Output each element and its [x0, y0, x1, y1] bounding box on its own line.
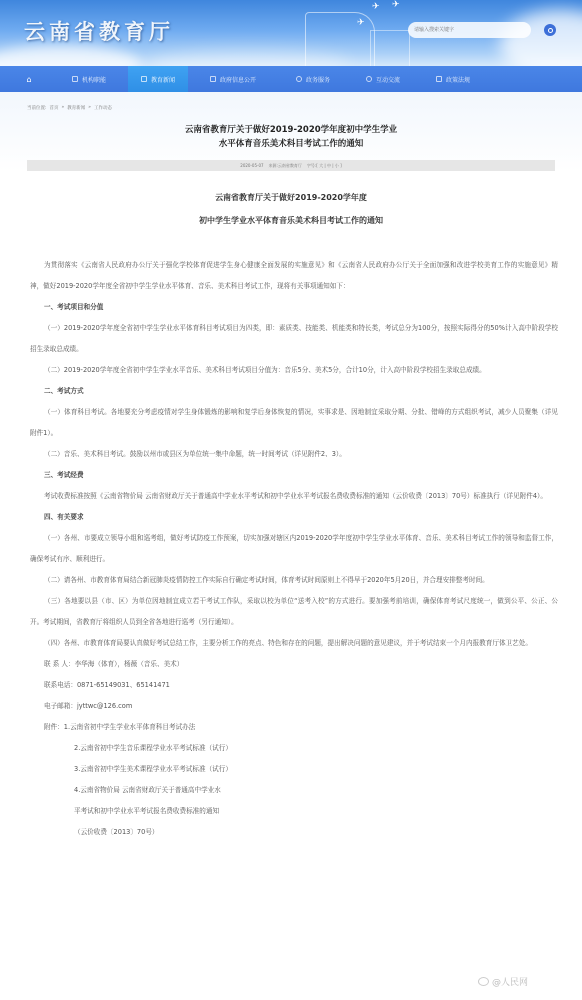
publish-date: 2020-05-07 — [240, 160, 263, 171]
paragraph: （二）2019-2020学年度全省初中学生学业水平音乐、美术科目考试项目分值为：… — [30, 360, 558, 381]
section-heading: 二、考试方式 — [30, 381, 558, 402]
site-title[interactable]: 云南省教育厅 — [24, 16, 174, 46]
breadcrumb-separator: » — [62, 105, 65, 111]
nav-item-policy[interactable]: 政策法规 — [418, 66, 488, 92]
breadcrumb-prefix: 当前位置: — [27, 105, 47, 111]
attachment-link-continued[interactable]: （云价收费〔2013〕70号） — [30, 822, 558, 843]
attachment-link[interactable]: 4.云南省物价局 云南省财政厅关于普通高中学业水 — [30, 780, 558, 801]
paragraph: （三）各地要以县（市、区）为单位因地制宜成立若干考试工作队，采取以校为单位“送考… — [30, 591, 558, 633]
nav-item-info[interactable]: 政府信息公开 — [188, 66, 278, 92]
contact-email[interactable]: 电子邮箱：jyttwc@126.com — [30, 696, 558, 717]
document-title-line2: 初中学生学业水平体育音乐美术科目考试工作的通知 — [0, 215, 582, 226]
search-button[interactable] — [544, 24, 556, 36]
source-label: 来源: — [269, 163, 278, 168]
document-body: 为贯彻落实《云南省人民政府办公厅关于强化学校体育促进学生身心健康全面发展的实施意… — [30, 255, 558, 843]
nav-item-chat[interactable]: 互动交流 — [348, 66, 418, 92]
section-heading: 三、考试经费 — [30, 465, 558, 486]
service-icon — [296, 76, 302, 82]
cloud-decoration — [0, 45, 140, 66]
chat-icon — [366, 76, 372, 82]
attachments-label: 附件： — [44, 723, 64, 731]
nav-item-service[interactable]: 政务服务 — [278, 66, 348, 92]
watermark-text: @人民网 — [492, 975, 528, 988]
source-value: 云南省教育厅 — [278, 163, 302, 168]
document-title-line1: 云南省教育厅关于做好2019-2020学年度 — [0, 192, 582, 203]
breadcrumb: 当前位置: 首页 » 教育新闻 » 工作动态 — [27, 105, 112, 111]
nav-label: 政务服务 — [306, 75, 330, 84]
article-title-line1: 云南省教育厅关于做好2019-2020学年度初中学生学业 — [0, 124, 582, 137]
paragraph: 考试收费标准按照《云南省物价局 云南省财政厅关于普通高中学业水平考试和初中学业水… — [30, 486, 558, 507]
paragraph: （四）各州、市教育体育局要认真做好考试总结工作，主要分析工作的亮点、特色和存在的… — [30, 633, 558, 654]
search-icon — [548, 28, 553, 33]
nav-item-home[interactable]: ⌂ — [8, 66, 50, 92]
attachment-row: 附件：1.云南省初中学生学业水平体育科目考试办法 — [30, 717, 558, 738]
bird-icon: ✈ — [372, 2, 380, 12]
breadcrumb-home[interactable]: 首页 — [50, 105, 59, 111]
paragraph: （一）各州、市要成立领导小组和巡考组，做好考试防疫工作预案，切实加强对辖区内20… — [30, 528, 558, 570]
nav-label: 互动交流 — [376, 75, 400, 84]
contact-person: 联 系 人：李华海（体育），杨薇（音乐、美术） — [30, 654, 558, 675]
fontsize-label: 字号: — [307, 163, 316, 168]
paragraph: （二）音乐、美术科目考试。鼓励以州市或县区为单位统一集中命题，统一时间考试（详见… — [30, 444, 558, 465]
paragraph: （二）请各州、市教育体育局结合新冠肺炎疫情防控工作实际自行确定考试时间，体育考试… — [30, 570, 558, 591]
nav-label: 政府信息公开 — [220, 75, 256, 84]
building-illustration — [370, 30, 410, 66]
policy-icon — [436, 76, 442, 82]
contact-phone: 联系电话：0871-65149031、65141471 — [30, 675, 558, 696]
paragraph: （一）体育科目考试。各地要充分考虑疫情对学生身体锻炼的影响和复学后身体恢复的情况… — [30, 402, 558, 444]
nav-label: 教育新闻 — [151, 75, 175, 84]
info-icon — [210, 76, 216, 82]
cloud-decoration — [500, 10, 582, 66]
watermark: @人民网 — [478, 975, 528, 988]
article-meta: 2020-05-07 来源:云南省教育厅 字号:[ 大 | 中 | 小 ] — [27, 160, 555, 171]
article-title-line2: 水平体育音乐美术科目考试工作的通知 — [0, 138, 582, 151]
section-heading: 四、有关要求 — [30, 507, 558, 528]
intro-paragraph: 为贯彻落实《云南省人民政府办公厅关于强化学校体育促进学生身心健康全面发展的实施意… — [30, 255, 558, 297]
breadcrumb-current[interactable]: 工作动态 — [94, 105, 112, 111]
attachment-link[interactable]: 2.云南省初中学生音乐课程学业水平考试标准（试行） — [30, 738, 558, 759]
nav-label: 机构职能 — [82, 75, 106, 84]
paragraph: （一）2019-2020学年度全省初中学生学业水平体育科目考试项目为四类，即：素… — [30, 318, 558, 360]
home-icon: ⌂ — [26, 75, 31, 84]
breadcrumb-separator: » — [88, 105, 91, 111]
attachment-link[interactable]: 1.云南省初中学生学业水平体育科目考试办法 — [64, 723, 196, 731]
search-input[interactable] — [408, 22, 531, 38]
attachment-link-continued[interactable]: 平考试和初中学业水平考试报名费收费标准的通知 — [30, 801, 558, 822]
breadcrumb-news[interactable]: 教育新闻 — [67, 105, 85, 111]
bird-icon: ✈ — [357, 18, 365, 28]
nav-item-news[interactable]: 教育新闻 — [128, 66, 188, 92]
attachment-link[interactable]: 3.云南省初中学生美术课程学业水平考试标准（试行） — [30, 759, 558, 780]
fontsize-switcher[interactable]: [ 大 | 中 | 小 ] — [316, 163, 341, 168]
news-icon — [141, 76, 147, 82]
org-icon — [72, 76, 78, 82]
nav-item-org[interactable]: 机构职能 — [50, 66, 128, 92]
main-nav: ⌂ 机构职能 教育新闻 政府信息公开 政务服务 互动交流 政策法规 — [0, 66, 582, 92]
nav-label: 政策法规 — [446, 75, 470, 84]
section-heading: 一、考试项目和分值 — [30, 297, 558, 318]
bird-icon: ✈ — [392, 0, 400, 10]
weibo-icon — [478, 977, 489, 986]
